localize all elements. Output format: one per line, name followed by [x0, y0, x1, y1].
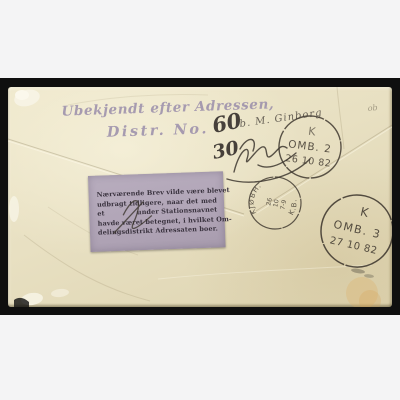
postmark-omb3: K OMB. 3 27 10 82: [314, 188, 392, 274]
paper-damage: [9, 87, 69, 307]
instruction-label: Nærværende Brev vilde være blevet udbrag…: [88, 171, 226, 252]
postmark-omb3-k: K: [359, 204, 371, 220]
handwritten-number-30: 30: [210, 137, 240, 164]
postmark-omb2-round: OMB. 2: [287, 138, 332, 155]
photo-matte-black: Ubekjendt efter Adressen, Distr. No. KJØ…: [0, 78, 400, 315]
pencil-note: ob: [367, 103, 378, 113]
handstamp-line2: Distr. No.: [106, 120, 210, 141]
handstamp-line1: Ubekjendt efter Adressen,: [61, 96, 274, 119]
postmark-kjobenhavn-time: 7-9: [279, 199, 288, 210]
postmark-kjobenhavn: KJØBH. K.B. 26 10 7-9: [243, 172, 306, 234]
envelope-back: Ubekjendt efter Adressen, Distr. No. KJØ…: [8, 87, 392, 307]
photo-stage: Ubekjendt efter Adressen, Distr. No. KJØ…: [0, 0, 400, 400]
toning-stain: [346, 268, 381, 307]
postmark-omb2-k: K: [308, 125, 318, 139]
svg-text:KJØBH.: KJØBH.: [244, 180, 264, 217]
postmark-kjobenhavn-arc-top: KJØBH.: [244, 180, 264, 217]
handwritten-mark-on-label: [102, 186, 160, 240]
